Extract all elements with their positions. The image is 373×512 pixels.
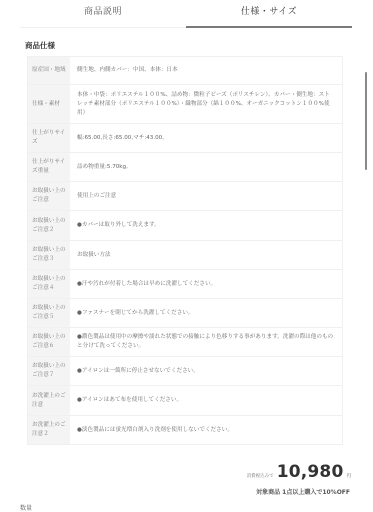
spec-value: ●アイロンは一箇所に停止させないでください。 — [70, 357, 343, 386]
table-row: お取扱い上のご注意 使用上のご注意 — [28, 182, 343, 211]
tab-specs-size[interactable]: 仕様・サイズ — [186, 0, 352, 27]
spec-value: ●ファスナーを閉じてから洗濯してください。 — [70, 299, 343, 328]
table-row: お取扱い上のご注意２ ●カバーは取り外して洗えます。 — [28, 211, 343, 241]
currency-label: 円 — [347, 473, 352, 479]
spec-label: お取扱い上のご注意７ — [28, 357, 71, 386]
tax-note: 消費税込みで — [247, 473, 274, 479]
table-row: 仕上がりサイズ 幅:65.00,長さ:65.00,マチ:43.00, — [28, 124, 343, 153]
price-amount: 10,980 — [277, 462, 344, 482]
discount-text: 対象商品 1点以上購入で10%OFF — [256, 487, 350, 496]
table-row: お取扱い上のご注意５ ●ファスナーを閉じてから洗濯してください。 — [28, 299, 343, 328]
table-row: お取扱い上のご注意３ お取扱い方法 — [28, 241, 343, 270]
scrollbar[interactable] — [365, 72, 367, 170]
spec-label: お取扱い上のご注意４ — [28, 270, 71, 299]
spec-label: お洗濯上のご注意 — [28, 386, 71, 416]
spec-label: お取扱い上のご注意５ — [28, 299, 71, 328]
table-row: お取扱い上のご注意４ ●汗や汚れが付着した場合は早めに洗濯してください。 — [28, 270, 343, 299]
spec-value: ●アイロンはあて布を使用してください。 — [70, 386, 343, 416]
table-row: 仕上がりサイズ重量 詰め物重量:5.70kg, — [28, 153, 343, 182]
spec-value: 側生地、内側カバー：中国、本体：日本 — [70, 57, 343, 85]
spec-value: 幅:65.00,長さ:65.00,マチ:43.00, — [70, 124, 343, 153]
spec-value: お取扱い方法 — [70, 241, 343, 270]
spec-label: 仕上がりサイズ — [28, 124, 71, 153]
spec-value: ●カバーは取り外して洗えます。 — [70, 211, 343, 241]
table-row: 仕様・素材 本体・中袋：ポリエステル１００%、詰め物：微粒子ビーズ（ポリスチレン… — [28, 85, 343, 124]
table-row: お洗濯上のご注意 ●アイロンはあて布を使用してください。 — [28, 386, 343, 416]
spec-value: 詰め物重量:5.70kg, — [70, 153, 343, 182]
table-row: 原産国・地域 側生地、内側カバー：中国、本体：日本 — [28, 57, 343, 85]
tab-bar: 商品説明 仕様・サイズ — [20, 0, 352, 28]
spec-table: 原産国・地域 側生地、内側カバー：中国、本体：日本 仕様・素材 本体・中袋：ポリ… — [27, 56, 343, 445]
price-block: 消費税込みで 10,980 円 — [247, 462, 351, 482]
quantity-label: 数量 — [20, 503, 32, 512]
spec-value: 本体・中袋：ポリエステル１００%、詰め物：微粒子ビーズ（ポリスチレン）、カバー・… — [70, 85, 343, 124]
table-row: お洗濯上のご注意２ ●淡色製品には蛍光増白剤入り洗剤を使用しないでください。 — [28, 416, 343, 445]
spec-value: ●淡色製品には蛍光増白剤入り洗剤を使用しないでください。 — [70, 416, 343, 445]
spec-label: お取扱い上のご注意３ — [28, 241, 71, 270]
spec-label: 仕上がりサイズ重量 — [28, 153, 71, 182]
spec-label: お取扱い上のご注意 — [28, 182, 71, 211]
tab-product-description[interactable]: 商品説明 — [20, 0, 186, 27]
spec-label: お取扱い上のご注意６ — [28, 328, 71, 357]
spec-label: お取扱い上のご注意２ — [28, 211, 71, 241]
table-row: お取扱い上のご注意６ ●濃色製品は使用中の摩擦や濡れた状態での接触により色移りす… — [28, 328, 343, 357]
spec-label: 仕様・素材 — [28, 85, 71, 124]
section-title: 商品仕様 — [25, 40, 55, 51]
spec-value: ●濃色製品は使用中の摩擦や濡れた状態での接触により色移りする事があります。洗濯の… — [70, 328, 343, 357]
spec-label: お洗濯上のご注意２ — [28, 416, 71, 445]
spec-value: 使用上のご注意 — [70, 182, 343, 211]
table-row: お取扱い上のご注意７ ●アイロンは一箇所に停止させないでください。 — [28, 357, 343, 386]
spec-value: ●汗や汚れが付着した場合は早めに洗濯してください。 — [70, 270, 343, 299]
spec-label: 原産国・地域 — [28, 57, 71, 85]
